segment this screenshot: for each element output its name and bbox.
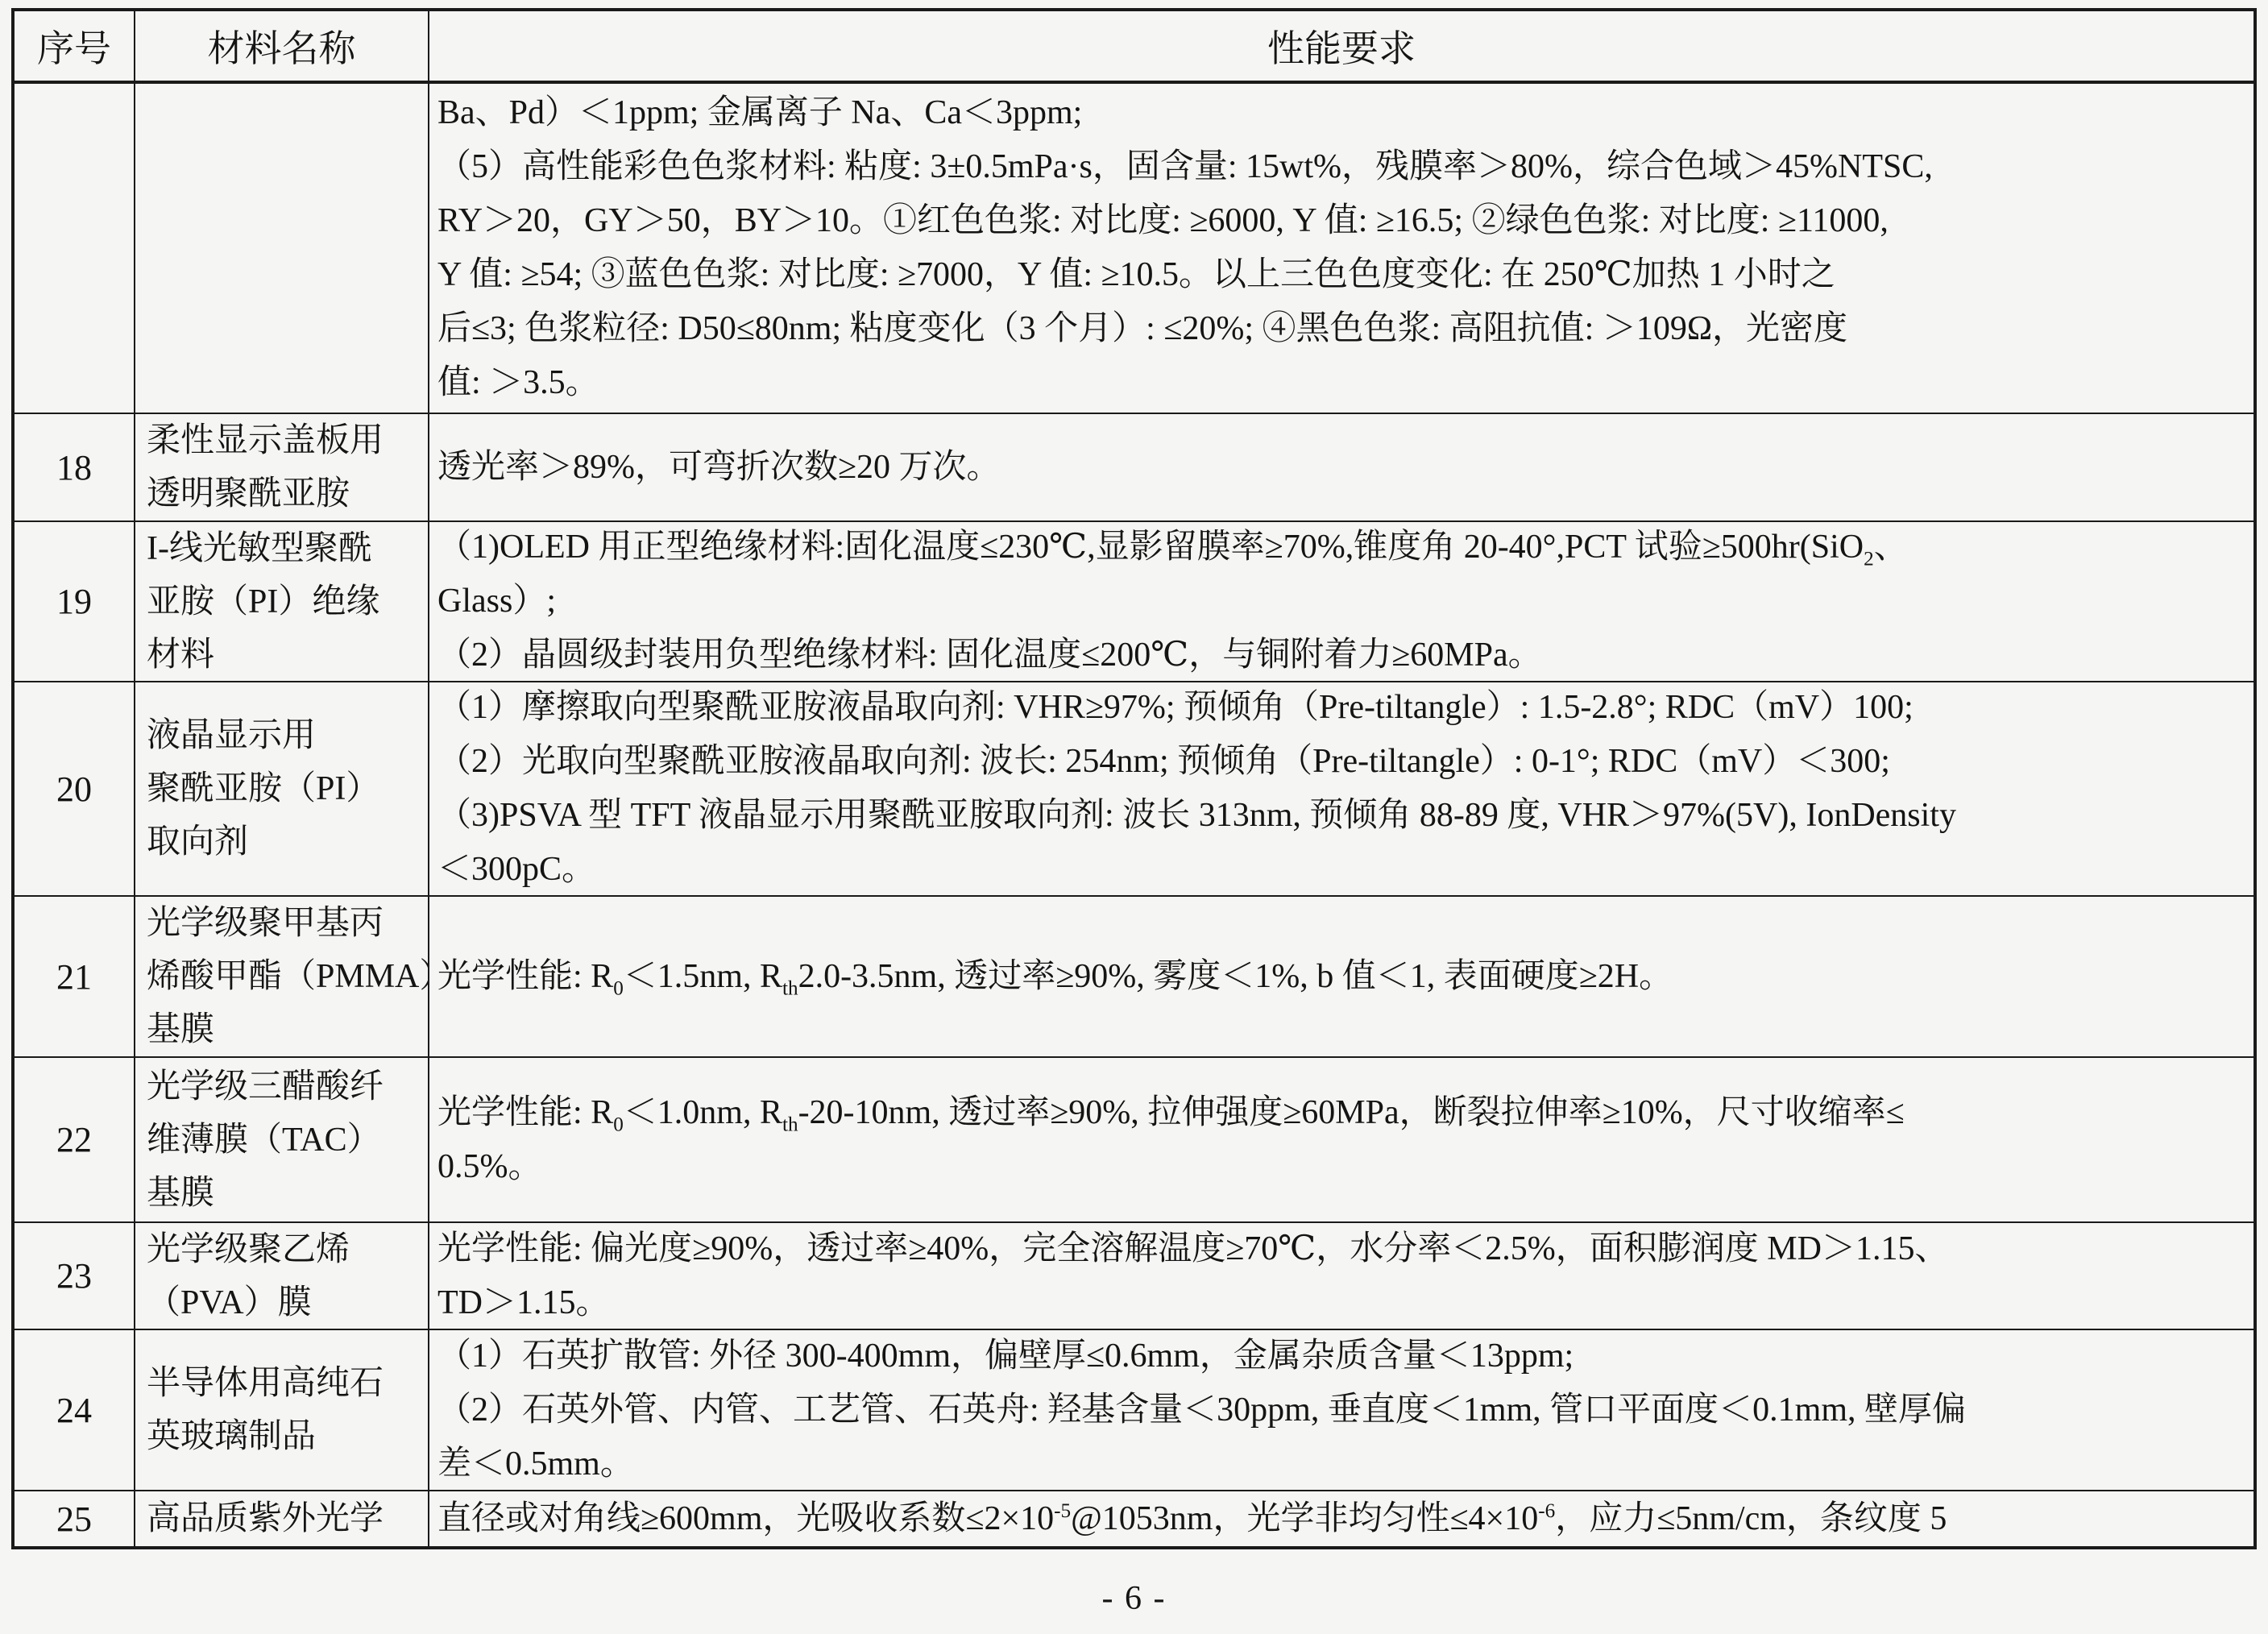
row-serial: 23 [15,1223,134,1329]
req-line: （3)PSVA 型 TFT 液晶显示用聚酰亚胺取向剂: 波长 313nm, 预倾… [437,789,2252,843]
name-line: 半导体用高纯石 [147,1357,425,1410]
table-row-23: 23 光学级聚乙烯 （PVA）膜 光学性能: 偏光度≥90%，透过率≥40%，完… [15,1221,2253,1329]
req-line: Ba、Pd）＜1ppm; 金属离子 Na、Ca＜3ppm; [437,86,2252,140]
row-material-name [134,84,428,413]
row-material-name: 光学级聚乙烯 （PVA）膜 [134,1223,428,1329]
row-material-name: 光学级三醋酸纤 维薄膜（TAC） 基膜 [134,1058,428,1221]
req-line: 0.5%。 [437,1140,2252,1194]
name-line: 基膜 [147,1003,425,1056]
row-serial [15,84,134,413]
req-line: 直径或对角线≥600mm，光吸收系数≤2×10-5@1053nm，光学非均匀性≤… [437,1492,2252,1546]
table-row-22: 22 光学级三醋酸纤 维薄膜（TAC） 基膜 光学性能: R0＜1.0nm, R… [15,1056,2253,1221]
name-line: 液晶显示用 [147,709,425,762]
name-line: 维薄膜（TAC） [147,1114,425,1167]
req-line: （1)OLED 用正型绝缘材料:固化温度≤230℃,显影留膜率≥70%,锥度角 … [437,522,2252,574]
name-line: 材料 [147,628,425,682]
req-line: ＜300pC。 [437,843,2252,895]
table-row-20: 20 液晶显示用 聚酰亚胺（PI） 取向剂 （1）摩擦取向型聚酰亚胺液晶取向剂:… [15,681,2253,895]
req-line: （1）摩擦取向型聚酰亚胺液晶取向剂: VHR≥97%; 预倾角（Pre-tilt… [437,682,2252,735]
name-line: 高品质紫外光学 [147,1492,425,1545]
req-line: 光学性能: R0＜1.5nm, Rth2.0-3.5nm, 透过率≥90%, 雾… [437,950,2252,1004]
row-performance-req: （1)OLED 用正型绝缘材料:固化温度≤230℃,显影留膜率≥70%,锥度角 … [428,522,2253,681]
name-line: （PVA）膜 [147,1276,425,1329]
row-material-name: I-线光敏型聚酰 亚胺（PI）绝缘 材料 [134,522,428,681]
row-performance-req: （1）摩擦取向型聚酰亚胺液晶取向剂: VHR≥97%; 预倾角（Pre-tilt… [428,682,2253,895]
row-serial: 22 [15,1058,134,1221]
req-line: 光学性能: 偏光度≥90%，透过率≥40%，完全溶解温度≥70℃，水分率＜2.5… [437,1223,2252,1276]
req-line: RY＞20，GY＞50，BY＞10。①红色色浆: 对比度: ≥6000, Y 值… [437,194,2252,248]
req-line: 值: ＞3.5。 [437,356,2252,410]
row-serial: 19 [15,522,134,681]
req-line: 差＜0.5mm。 [437,1437,2252,1491]
name-line: 基膜 [147,1167,425,1220]
row-material-name: 柔性显示盖板用 透明聚酰亚胺 [134,414,428,520]
req-line: 透光率＞89%，可弯折次数≥20 万次。 [437,441,2252,495]
table-row-continued: Ba、Pd）＜1ppm; 金属离子 Na、Ca＜3ppm; （5）高性能彩色色浆… [15,82,2253,413]
row-performance-req: Ba、Pd）＜1ppm; 金属离子 Na、Ca＜3ppm; （5）高性能彩色色浆… [428,84,2253,413]
header-col-performance-req: 性能要求 [428,11,2253,81]
req-line: （1）石英扩散管: 外径 300-400mm，偏壁厚≤0.6mm，金属杂质含量＜… [437,1330,2252,1383]
page-number: - 6 - [0,1579,2268,1618]
materials-table: 序号 材料名称 性能要求 Ba、Pd）＜1ppm; 金属离子 Na、Ca＜3pp… [11,8,2257,1549]
row-serial: 25 [15,1491,134,1546]
row-performance-req: 直径或对角线≥600mm，光吸收系数≤2×10-5@1053nm，光学非均匀性≤… [428,1491,2253,1546]
req-line: （2）晶圆级封装用负型绝缘材料: 固化温度≤200℃，与铜附着力≥60MPa。 [437,628,2252,681]
row-serial: 18 [15,414,134,520]
row-performance-req: （1）石英扩散管: 外径 300-400mm，偏壁厚≤0.6mm，金属杂质含量＜… [428,1330,2253,1490]
name-line: I-线光敏型聚酰 [147,522,425,575]
req-line: Glass）; [437,574,2252,628]
row-material-name: 液晶显示用 聚酰亚胺（PI） 取向剂 [134,682,428,895]
table-row-21: 21 光学级聚甲基丙 烯酸甲酯（PMMA） 基膜 光学性能: R0＜1.5nm,… [15,895,2253,1056]
req-line: 光学性能: R0＜1.0nm, Rth-20-10nm, 透过率≥90%, 拉伸… [437,1086,2252,1140]
name-line: 光学级聚甲基丙 [147,897,425,950]
header-col-serial: 序号 [15,11,134,81]
row-performance-req: 透光率＞89%，可弯折次数≥20 万次。 [428,414,2253,520]
name-line: 光学级三醋酸纤 [147,1060,425,1114]
name-line: 亚胺（PI）绝缘 [147,575,425,628]
row-performance-req: 光学性能: 偏光度≥90%，透过率≥40%，完全溶解温度≥70℃，水分率＜2.5… [428,1223,2253,1329]
row-material-name: 光学级聚甲基丙 烯酸甲酯（PMMA） 基膜 [134,897,428,1056]
row-performance-req: 光学性能: R0＜1.0nm, Rth-20-10nm, 透过率≥90%, 拉伸… [428,1058,2253,1221]
req-line: Y 值: ≥54; ③蓝色色浆: 对比度: ≥7000，Y 值: ≥10.5。以… [437,248,2252,302]
req-line: （5）高性能彩色色浆材料: 粘度: 3±0.5mPa·s，固含量: 15wt%，… [437,140,2252,194]
row-material-name: 半导体用高纯石 英玻璃制品 [134,1330,428,1490]
req-line: （2）石英外管、内管、工艺管、石英舟: 羟基含量＜30ppm, 垂直度＜1mm,… [437,1383,2252,1437]
table-row-18: 18 柔性显示盖板用 透明聚酰亚胺 透光率＞89%，可弯折次数≥20 万次。 [15,413,2253,520]
name-line: 透明聚酰亚胺 [147,467,425,520]
header-col-material-name: 材料名称 [134,11,428,81]
row-serial: 20 [15,682,134,895]
row-serial: 24 [15,1330,134,1490]
name-line: 取向剂 [147,815,425,869]
row-material-name: 高品质紫外光学 [134,1491,428,1546]
row-serial: 21 [15,897,134,1056]
name-line: 烯酸甲酯（PMMA） [147,950,425,1003]
name-line: 英玻璃制品 [147,1410,425,1463]
req-line: TD＞1.15。 [437,1276,2252,1329]
name-line: 聚酰亚胺（PI） [147,762,425,815]
req-line: 后≤3; 色浆粒径: D50≤80nm; 粘度变化（3 个月）: ≤20%; ④… [437,302,2252,356]
req-line: （2）光取向型聚酰亚胺液晶取向剂: 波长: 254nm; 预倾角（Pre-til… [437,735,2252,789]
table-row-24: 24 半导体用高纯石 英玻璃制品 （1）石英扩散管: 外径 300-400mm，… [15,1329,2253,1490]
row-performance-req: 光学性能: R0＜1.5nm, Rth2.0-3.5nm, 透过率≥90%, 雾… [428,897,2253,1056]
table-header-row: 序号 材料名称 性能要求 [15,11,2253,82]
table-row-19: 19 I-线光敏型聚酰 亚胺（PI）绝缘 材料 （1)OLED 用正型绝缘材料:… [15,520,2253,681]
name-line: 柔性显示盖板用 [147,414,425,467]
table-row-25: 25 高品质紫外光学 直径或对角线≥600mm，光吸收系数≤2×10-5@105… [15,1490,2253,1546]
name-line: 光学级聚乙烯 [147,1223,425,1276]
